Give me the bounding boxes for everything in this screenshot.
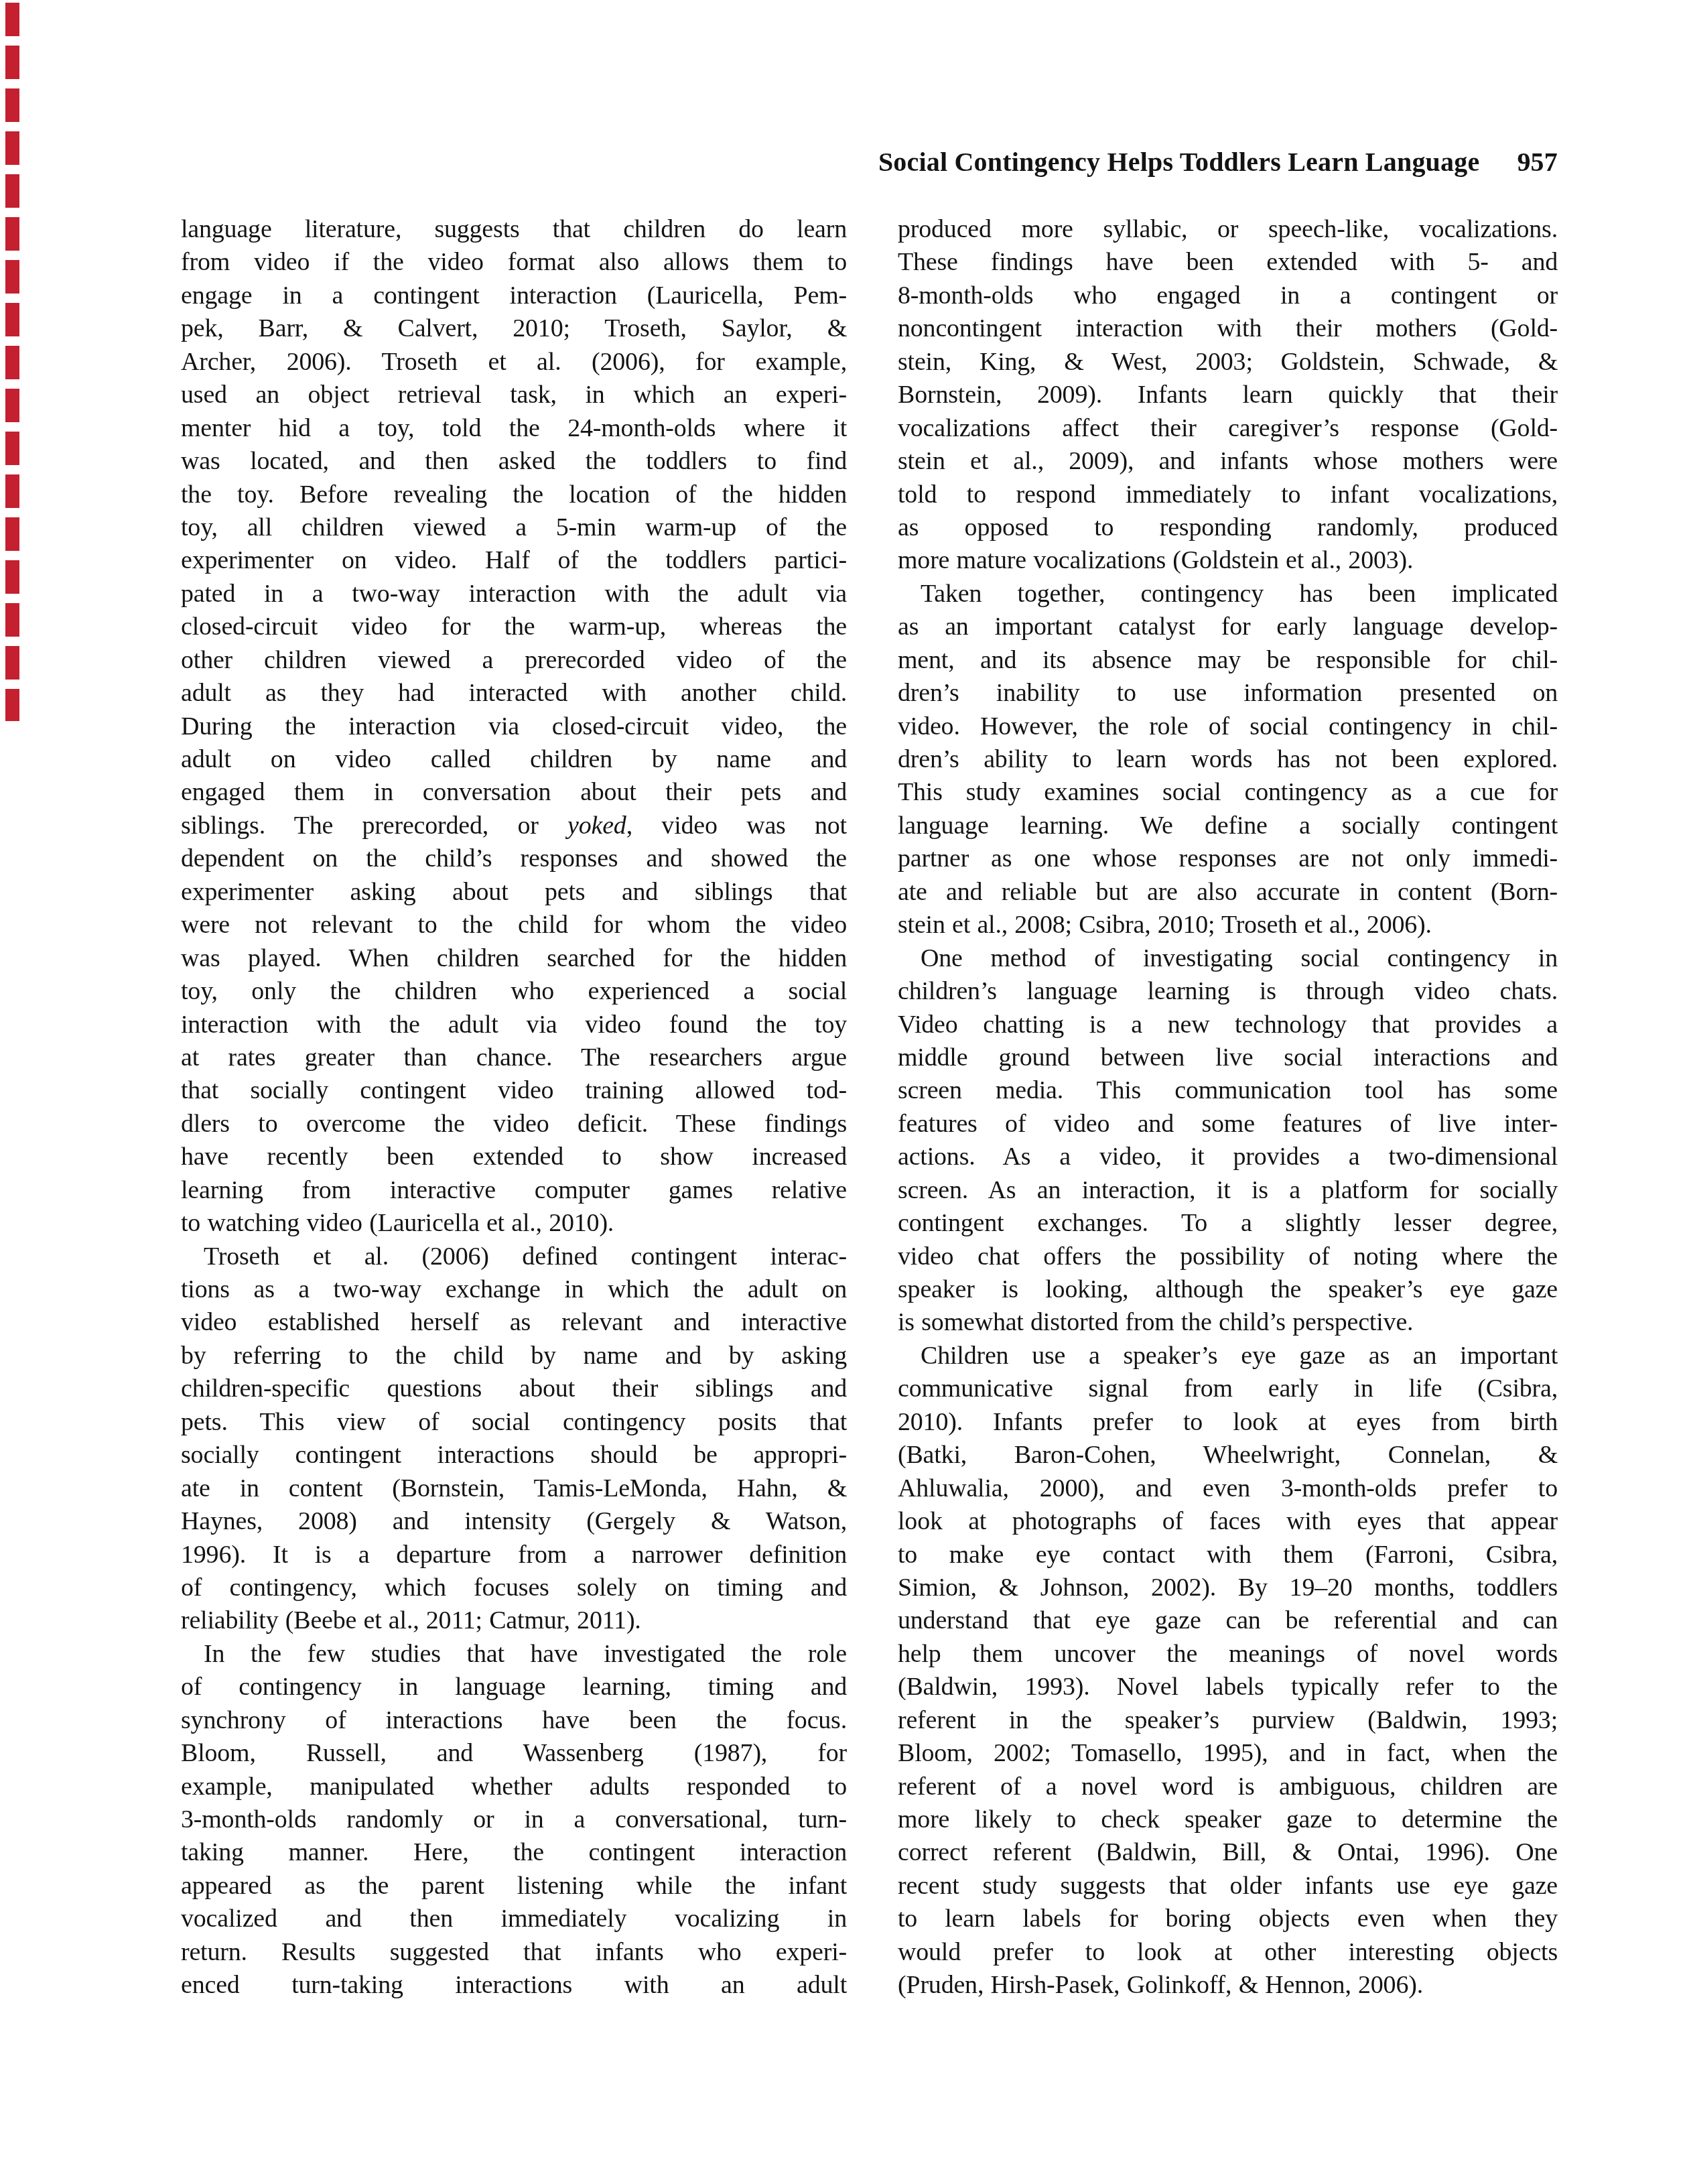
- text-line: In the few studies that have investigate…: [181, 1638, 847, 1671]
- text-line: were not relevant to the child for whom …: [181, 909, 847, 942]
- page-number: 957: [1517, 146, 1558, 178]
- scanned-paper-page: { "header": { "running_title": "Social C…: [0, 0, 1687, 2184]
- text-line: help them uncover the meanings of novel …: [898, 1638, 1558, 1671]
- text-line: screen. As an interaction, it is a platf…: [898, 1174, 1558, 1207]
- text-line: ment, and its absence may be responsible…: [898, 644, 1558, 677]
- right-column: produced more syllabic, or speech-like, …: [898, 213, 1558, 2002]
- text-line: ate and reliable but are also accurate i…: [898, 876, 1558, 909]
- text-line: other children viewed a prerecorded vide…: [181, 644, 847, 677]
- text-line: to learn labels for boring objects even …: [898, 1903, 1558, 1935]
- text-line: produced more syllabic, or speech-like, …: [898, 213, 1558, 246]
- text-line: to make eye contact with them (Farroni, …: [898, 1539, 1558, 1571]
- text-line: dren’s ability to learn words has not be…: [898, 743, 1558, 776]
- text-line: more mature vocalizations (Goldstein et …: [898, 544, 1558, 577]
- text-line: used an object retrieval task, in which …: [181, 379, 847, 411]
- text-line: Bornstein, 2009). Infants learn quickly …: [898, 379, 1558, 411]
- text-line: stein et al., 2008; Csibra, 2010; Troset…: [898, 909, 1558, 942]
- text-line: One method of investigating social conti…: [898, 942, 1558, 975]
- text-line: 2010). Infants prefer to look at eyes fr…: [898, 1406, 1558, 1439]
- text-line: pated in a two-way interaction with the …: [181, 578, 847, 611]
- text-line: dependent on the child’s responses and s…: [181, 842, 847, 875]
- text-line: as opposed to responding randomly, produ…: [898, 511, 1558, 544]
- text-line: told to respond immediately to infant vo…: [898, 478, 1558, 511]
- text-line: at rates greater than chance. The resear…: [181, 1041, 847, 1074]
- text-line: the toy. Before revealing the location o…: [181, 478, 847, 511]
- text-line: by referring to the child by name and by…: [181, 1340, 847, 1372]
- text-line: (Pruden, Hirsh-Pasek, Golinkoff, & Henno…: [898, 1969, 1558, 2002]
- text-line: synchrony of interactions have been the …: [181, 1704, 847, 1737]
- text-line: tions as a two-way exchange in which the…: [181, 1273, 847, 1306]
- text-line: socially contingent interactions should …: [181, 1439, 847, 1472]
- text-line: video established herself as relevant an…: [181, 1306, 847, 1339]
- text-line: return. Results suggested that infants w…: [181, 1936, 847, 1969]
- text-line: children-specific questions about their …: [181, 1372, 847, 1405]
- text-line: screen media. This communication tool ha…: [898, 1074, 1558, 1107]
- text-line: language literature, suggests that child…: [181, 213, 847, 246]
- text-line: children’s language learning is through …: [898, 975, 1558, 1008]
- text-line: referent of a novel word is ambiguous, c…: [898, 1771, 1558, 1803]
- text-line: Archer, 2006). Troseth et al. (2006), fo…: [181, 346, 847, 379]
- text-line: (Batki, Baron-Cohen, Wheelwright, Connel…: [898, 1439, 1558, 1472]
- text-line: Simion, & Johnson, 2002). By 19–20 month…: [898, 1571, 1558, 1604]
- page-edge-marks: [5, 3, 19, 721]
- text-line: Bloom, Russell, and Wassenberg (1987), f…: [181, 1737, 847, 1770]
- text-line: During the interaction via closed-circui…: [181, 710, 847, 743]
- text-line: appeared as the parent listening while t…: [181, 1870, 847, 1903]
- text-line: Haynes, 2008) and intensity (Gergely & W…: [181, 1505, 847, 1538]
- text-line: engaged them in conversation about their…: [181, 776, 847, 809]
- text-line: pets. This view of social contingency po…: [181, 1406, 847, 1439]
- text-line: siblings. The prerecorded, or yoked, vid…: [181, 810, 847, 842]
- text-line: of contingency in language learning, tim…: [181, 1671, 847, 1704]
- text-line: enced turn-taking interactions with an a…: [181, 1969, 847, 2002]
- text-line: video chat offers the possibility of not…: [898, 1240, 1558, 1273]
- text-line: middle ground between live social intera…: [898, 1041, 1558, 1074]
- text-line: ate in content (Bornstein, Tamis-LeMonda…: [181, 1472, 847, 1505]
- text-line: Troseth et al. (2006) defined contingent…: [181, 1240, 847, 1273]
- text-line: reliability (Beebe et al., 2011; Catmur,…: [181, 1604, 847, 1637]
- text-line: was located, and then asked the toddlers…: [181, 445, 847, 478]
- text-line: correct referent (Baldwin, Bill, & Ontai…: [898, 1836, 1558, 1869]
- text-line: video. However, the role of social conti…: [898, 710, 1558, 743]
- text-line: partner as one whose responses are not o…: [898, 842, 1558, 875]
- text-line: understand that eye gaze can be referent…: [898, 1604, 1558, 1637]
- running-head: Social Contingency Helps Toddlers Learn …: [0, 146, 1558, 178]
- text-line: language learning. We define a socially …: [898, 810, 1558, 842]
- text-line: Children use a speaker’s eye gaze as an …: [898, 1340, 1558, 1372]
- text-line: vocalized and then immediately vocalizin…: [181, 1903, 847, 1935]
- text-line: 1996). It is a departure from a narrower…: [181, 1539, 847, 1571]
- text-line: toy, only the children who experienced a…: [181, 975, 847, 1008]
- text-line: experimenter on video. Half of the toddl…: [181, 544, 847, 577]
- text-line: noncontingent interaction with their mot…: [898, 312, 1558, 345]
- text-line: actions. As a video, it provides a two-d…: [898, 1141, 1558, 1173]
- text-line: stein, King, & West, 2003; Goldstein, Sc…: [898, 346, 1558, 379]
- text-line: speaker is looking, although the speaker…: [898, 1273, 1558, 1306]
- text-line: features of video and some features of l…: [898, 1108, 1558, 1141]
- text-line: Bloom, 2002; Tomasello, 1995), and in fa…: [898, 1737, 1558, 1770]
- text-line: recent study suggests that older infants…: [898, 1870, 1558, 1903]
- text-line: adult as they had interacted with anothe…: [181, 677, 847, 710]
- text-line: from video if the video format also allo…: [181, 246, 847, 279]
- text-line: These findings have been extended with 5…: [898, 246, 1558, 279]
- text-line: example, manipulated whether adults resp…: [181, 1771, 847, 1803]
- left-column: language literature, suggests that child…: [181, 213, 847, 2002]
- text-line: would prefer to look at other interestin…: [898, 1936, 1558, 1969]
- text-line: is somewhat distorted from the child’s p…: [898, 1306, 1558, 1339]
- text-line: 3-month-olds randomly or in a conversati…: [181, 1803, 847, 1836]
- text-line: menter hid a toy, told the 24-month-olds…: [181, 412, 847, 445]
- text-line: experimenter asking about pets and sibli…: [181, 876, 847, 909]
- text-line: learning from interactive computer games…: [181, 1174, 847, 1207]
- text-line: of contingency, which focuses solely on …: [181, 1571, 847, 1604]
- text-line: taking manner. Here, the contingent inte…: [181, 1836, 847, 1869]
- text-line: that socially contingent video training …: [181, 1074, 847, 1107]
- text-line: vocalizations affect their caregiver’s r…: [898, 412, 1558, 445]
- text-line: adult on video called children by name a…: [181, 743, 847, 776]
- text-line: 8-month-olds who engaged in a contingent…: [898, 279, 1558, 312]
- text-line: communicative signal from early in life …: [898, 1372, 1558, 1405]
- text-line: engage in a contingent interaction (Laur…: [181, 279, 847, 312]
- text-line: as an important catalyst for early langu…: [898, 611, 1558, 643]
- running-head-title: Social Contingency Helps Toddlers Learn …: [878, 146, 1480, 178]
- text-line: Ahluwalia, 2000), and even 3-month-olds …: [898, 1472, 1558, 1505]
- text-line: closed-circuit video for the warm-up, wh…: [181, 611, 847, 643]
- text-line: contingent exchanges. To a slightly less…: [898, 1207, 1558, 1240]
- text-line: stein et al., 2009), and infants whose m…: [898, 445, 1558, 478]
- text-line: dren’s inability to use information pres…: [898, 677, 1558, 710]
- text-line: look at photographs of faces with eyes t…: [898, 1505, 1558, 1538]
- text-line: pek, Barr, & Calvert, 2010; Troseth, Say…: [181, 312, 847, 345]
- text-line: toy, all children viewed a 5-min warm-up…: [181, 511, 847, 544]
- text-line: to watching video (Lauricella et al., 20…: [181, 1207, 847, 1240]
- text-line: dlers to overcome the video deficit. The…: [181, 1108, 847, 1141]
- text-line: interaction with the adult via video fou…: [181, 1009, 847, 1041]
- text-line: This study examines social contingency a…: [898, 776, 1558, 809]
- text-line: more likely to check speaker gaze to det…: [898, 1803, 1558, 1836]
- text-line: (Baldwin, 1993). Novel labels typically …: [898, 1671, 1558, 1704]
- text-line: referent in the speaker’s purview (Baldw…: [898, 1704, 1558, 1737]
- text-line: Video chatting is a new technology that …: [898, 1009, 1558, 1041]
- text-line: Taken together, contingency has been imp…: [898, 578, 1558, 611]
- text-line: was played. When children searched for t…: [181, 942, 847, 975]
- text-line: have recently been extended to show incr…: [181, 1141, 847, 1173]
